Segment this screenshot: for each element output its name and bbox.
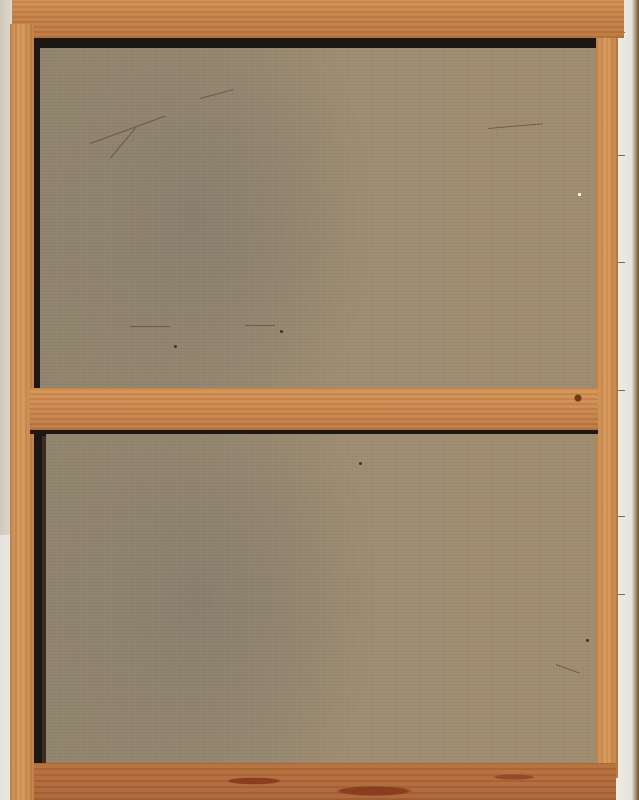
canvas-panel-top	[40, 48, 598, 388]
canvas-panel-bottom	[46, 434, 596, 763]
canvas-back-photo	[0, 0, 639, 800]
white-speck	[578, 193, 581, 196]
stretcher-bar-top	[12, 0, 624, 38]
stretcher-bar-bottom	[34, 763, 616, 800]
stretcher-crossbar	[30, 388, 598, 430]
stretcher-bar-right	[596, 38, 618, 778]
